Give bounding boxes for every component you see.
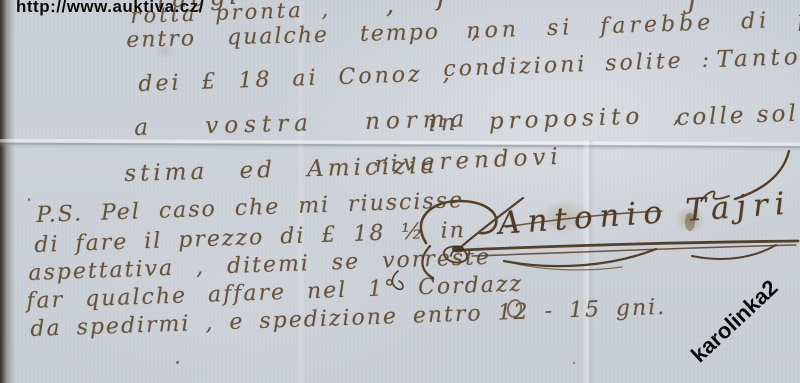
ink-speck xyxy=(573,362,575,364)
handwriting-line: non si farebbe di più xyxy=(466,6,800,44)
ink-speck xyxy=(176,361,179,364)
handwriting-line: a vostra norma xyxy=(134,106,471,141)
paper-left-edge xyxy=(0,0,15,383)
handwriting-top-fragment: f xyxy=(437,0,447,12)
handwriting-line: condizioni solite : xyxy=(443,48,713,82)
handwriting-top-fragment: , xyxy=(386,0,394,20)
auction-site-watermark: http://www.auktiva.cz/ xyxy=(16,0,204,17)
handwriting-line: colle solita xyxy=(676,99,800,131)
handwriting-line: Tanto xyxy=(716,44,800,73)
letter-scan: raggi , f j rotta pronta , entro qualche… xyxy=(0,0,800,383)
ink-speck xyxy=(28,198,30,201)
seller-username-watermark: karolinka2 xyxy=(686,275,783,368)
signature-name: Antonio Tajri xyxy=(497,185,793,241)
vertical-fold-crease xyxy=(582,140,594,383)
